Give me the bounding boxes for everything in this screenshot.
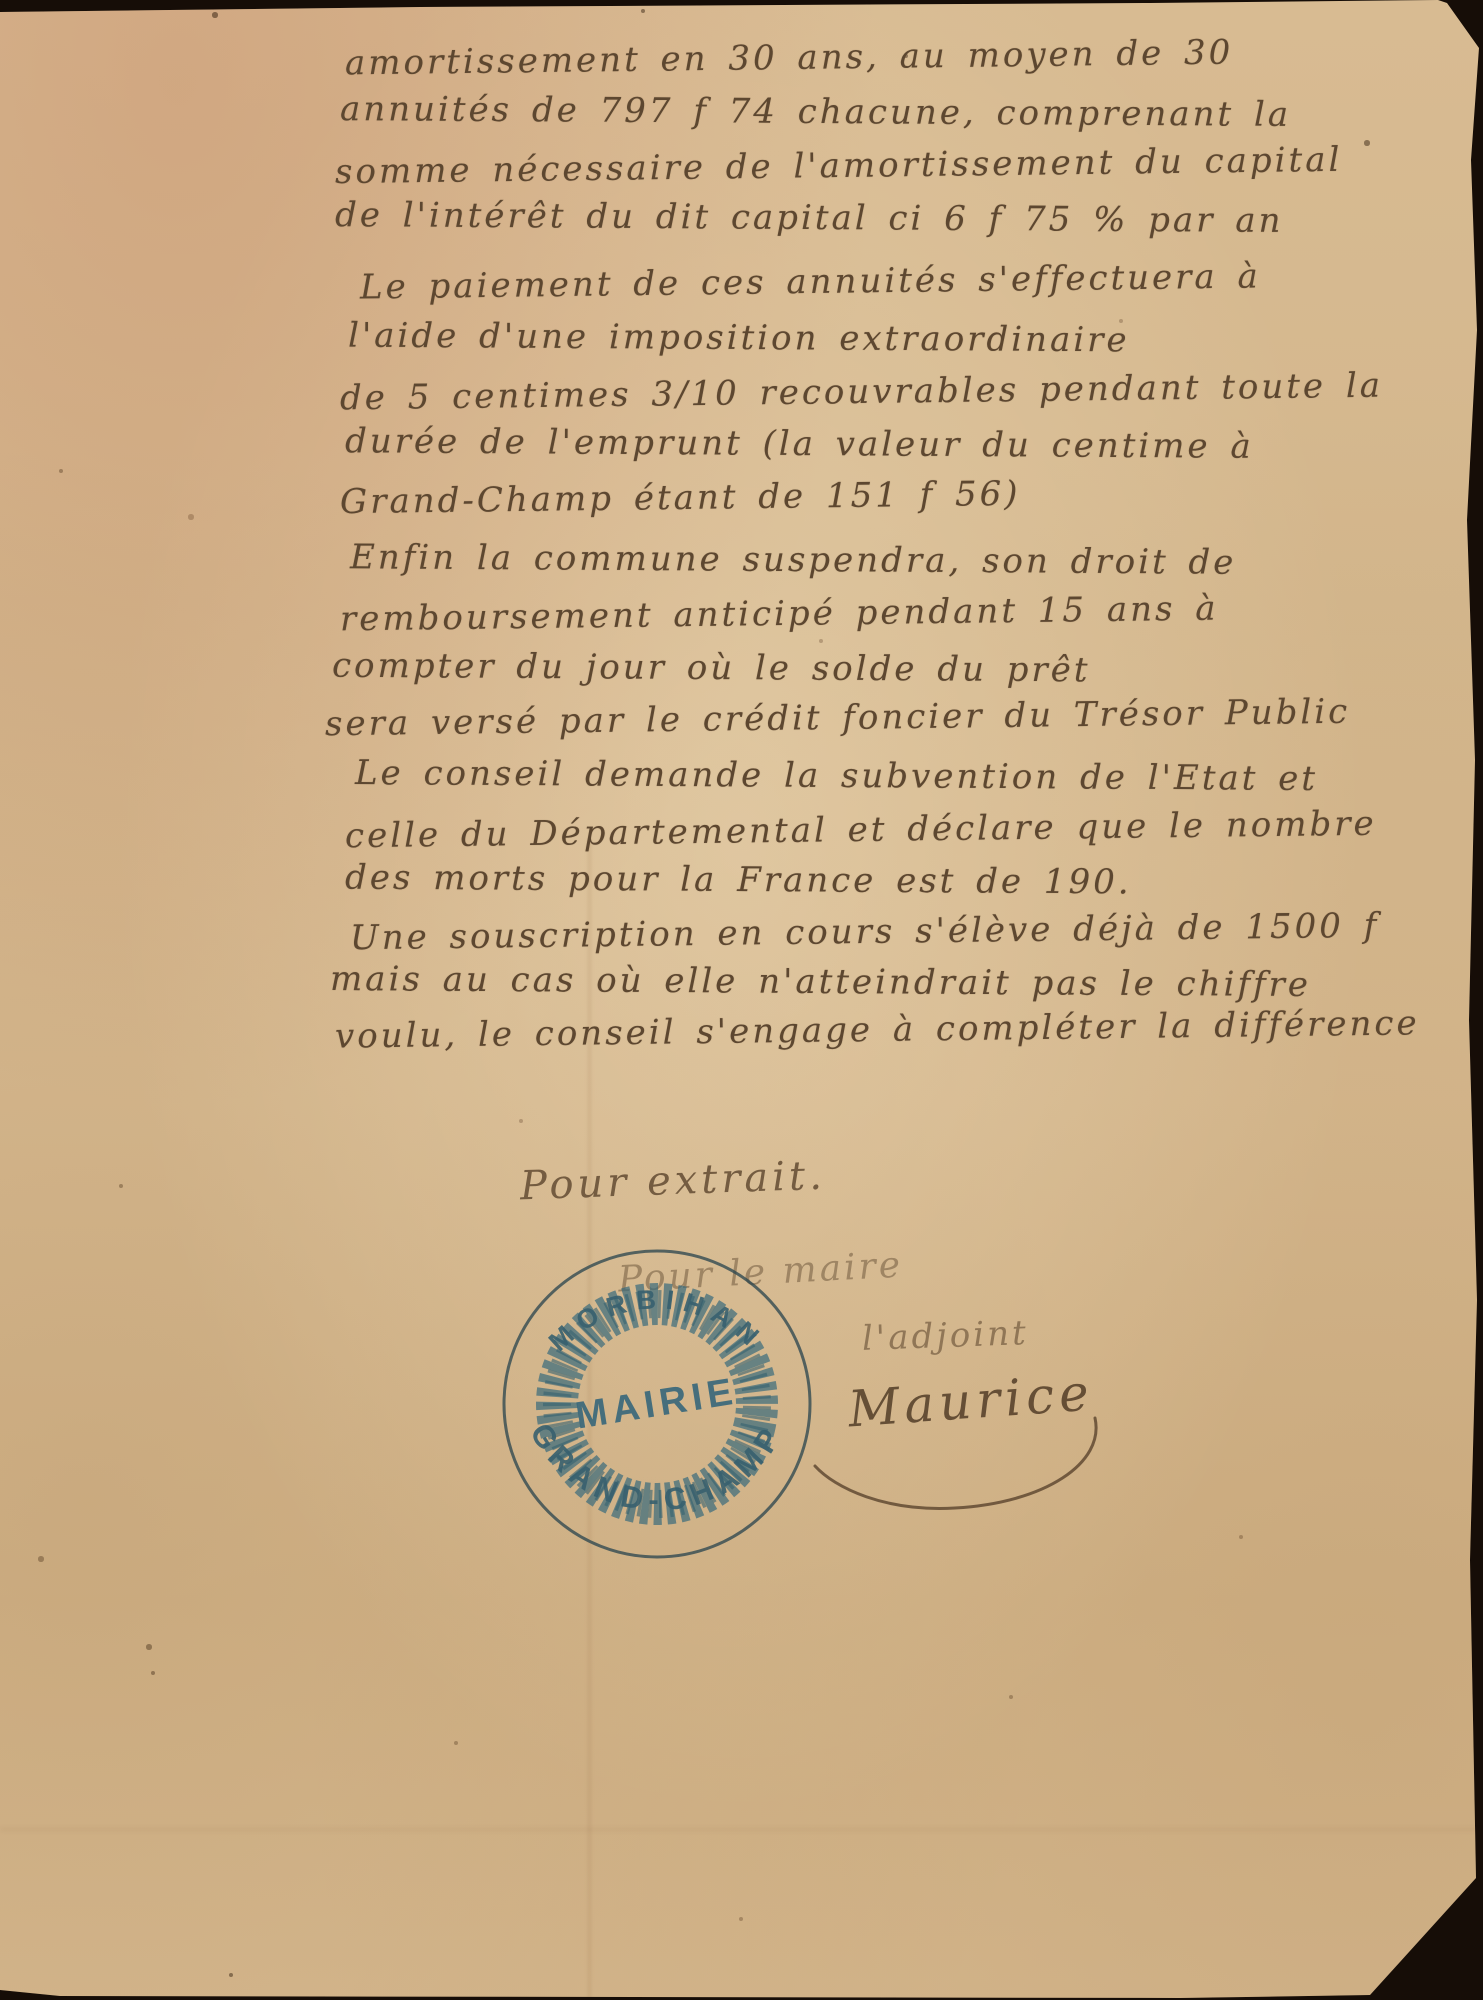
manuscript-line: remboursement anticipé pendant 15 ans à <box>340 589 1219 640</box>
paper-texture <box>0 0 2 2</box>
manuscript-line: amortissement en 30 ans, au moyen de 30 <box>345 33 1234 84</box>
signature-flourish <box>795 1408 1195 1528</box>
manuscript-line: Une souscription en cours s'élève déjà d… <box>350 906 1380 959</box>
manuscript-line: de 5 centimes 3/10 recouvrables pendant … <box>340 366 1383 419</box>
closing-pour-extrait: Pour extrait. <box>519 1153 826 1210</box>
manuscript-line: celle du Départemental et déclare que le… <box>345 804 1377 857</box>
manuscript-line: des morts pour la France est de 190. <box>345 858 1132 903</box>
paper-crease <box>0 1828 1483 1831</box>
manuscript-line: voulu, le conseil s'engage à compléter l… <box>335 1003 1420 1056</box>
manuscript-line: Grand-Champ étant de 151 f 56) <box>340 474 1021 522</box>
closing-adjoint: l'adjoint <box>861 1313 1029 1359</box>
manuscript-line: sera versé par le crédit foncier du Trés… <box>325 692 1351 745</box>
manuscript-line: Le paiement de ces annuités s'effectuera… <box>360 256 1261 307</box>
manuscript-line: durée de l'emprunt (la valeur du centime… <box>345 421 1254 467</box>
paper-sheet: amortissement en 30 ans, au moyen de 30 … <box>0 0 1483 2000</box>
manuscript-line: de l'intérêt du dit capital ci 6 f 75 % … <box>335 195 1284 241</box>
stamp-office-label: MAIRIE <box>573 1371 741 1438</box>
scanned-document-page: amortissement en 30 ans, au moyen de 30 … <box>0 0 1483 2000</box>
mairie-stamp: MORBIHAN GRAND-CHAMP MAIRIE <box>495 1242 820 1567</box>
manuscript-line: somme nécessaire de l'amortissement du c… <box>335 140 1343 192</box>
manuscript-line: mais au cas où elle n'atteindrait pas le… <box>330 959 1311 1005</box>
manuscript-line: compter du jour où le solde du prêt <box>332 646 1091 691</box>
manuscript-line: Le conseil demande la subvention de l'Et… <box>355 753 1318 799</box>
manuscript-line: Enfin la commune suspendra, son droit de <box>350 537 1237 582</box>
manuscript-line: l'aide d'une imposition extraordinaire <box>348 316 1130 361</box>
manuscript-line: annuités de 797 f 74 chacune, comprenant… <box>340 89 1291 135</box>
